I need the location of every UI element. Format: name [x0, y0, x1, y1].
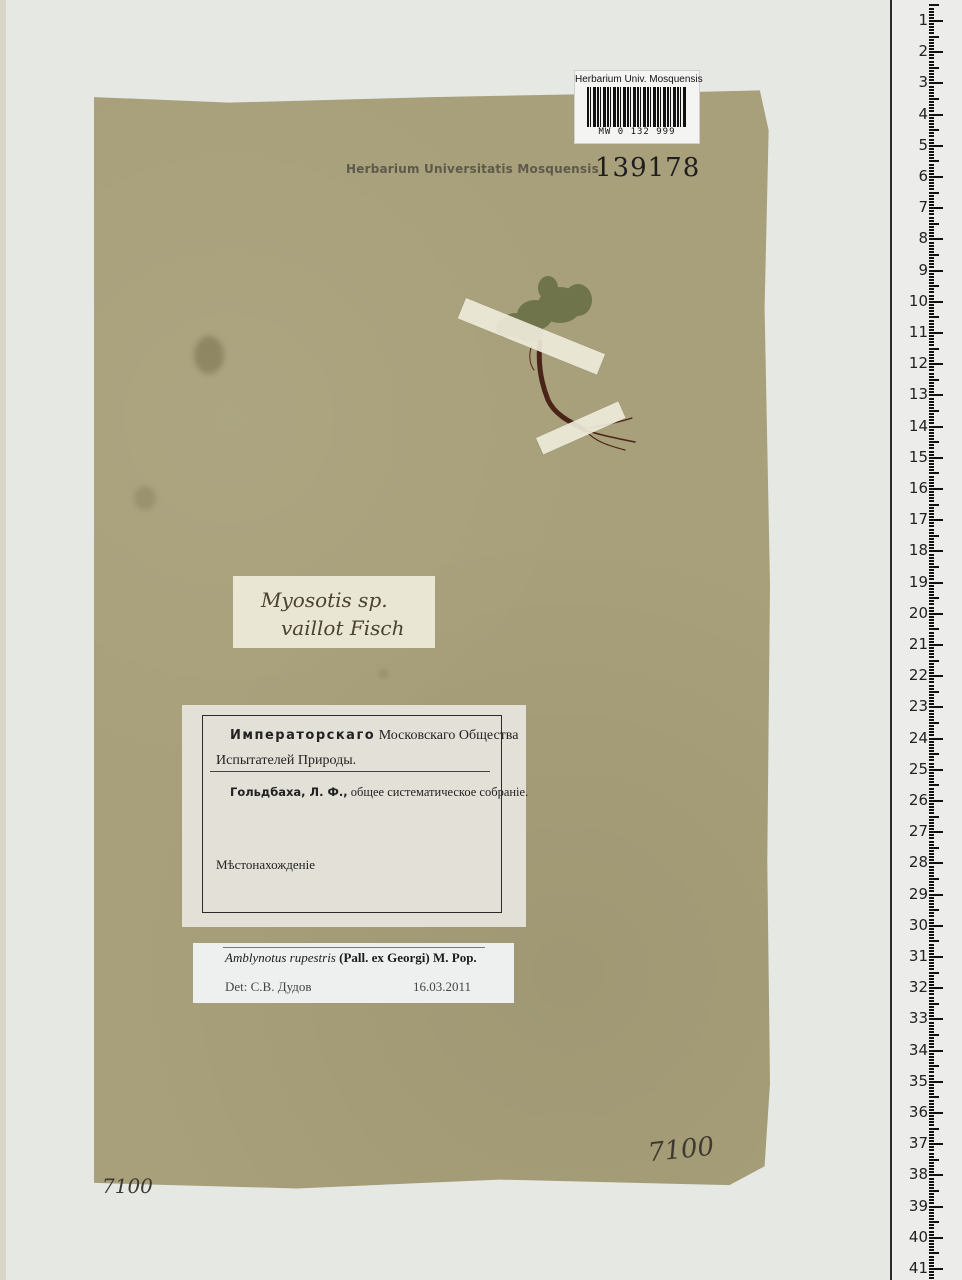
ruler-tick	[929, 26, 934, 28]
ruler-tick	[929, 819, 934, 821]
ruler-tick	[929, 376, 934, 378]
handwritten-line-2: vaillot Fisch	[281, 616, 404, 640]
barcode-title: Herbarium Univ. Mosquensis	[575, 74, 699, 85]
ruler-tick	[929, 884, 934, 886]
ruler-tick	[929, 975, 934, 977]
ruler-tick	[929, 388, 934, 390]
ruler-label: 35	[909, 1074, 928, 1089]
ruler-tick	[929, 126, 934, 128]
handwritten-line-1: Myosotis sp.	[261, 588, 388, 612]
ruler-tick	[929, 369, 934, 371]
ruler-tick	[929, 788, 934, 790]
ruler-tick	[929, 962, 934, 964]
ruler-tick	[929, 89, 934, 91]
ruler-tick	[929, 866, 934, 868]
ruler-tick	[929, 610, 934, 612]
label-border	[202, 715, 502, 913]
ruler-tick	[929, 341, 934, 343]
ruler-tick	[929, 460, 934, 462]
ruler-tick	[929, 1146, 934, 1148]
ruler-label: 26	[909, 793, 928, 808]
ruler-tick	[929, 1121, 934, 1123]
scan-left-edge	[0, 0, 6, 1280]
ruler-tick	[929, 563, 934, 565]
ruler-tick	[929, 797, 934, 799]
ruler-tick	[929, 1271, 934, 1273]
ruler-tick	[929, 607, 934, 609]
ruler-tick	[929, 1231, 934, 1233]
ruler-tick	[929, 987, 943, 989]
ruler-tick	[929, 560, 934, 562]
ruler-tick	[929, 1018, 943, 1020]
ruler-tick	[929, 338, 934, 340]
ruler-tick	[929, 853, 934, 855]
ruler-tick	[929, 784, 939, 786]
ruler-tick	[929, 67, 939, 69]
ruler-tick	[929, 1065, 939, 1067]
ruler-tick	[929, 766, 934, 768]
ruler-tick	[929, 298, 934, 300]
ruler-label: 27	[909, 824, 928, 839]
ruler-tick	[929, 722, 939, 724]
ruler-tick	[929, 878, 939, 880]
ruler-tick	[929, 909, 939, 911]
ruler-tick	[929, 541, 934, 543]
ruler-tick	[929, 535, 939, 537]
ruler-tick	[929, 622, 934, 624]
ruler-tick	[929, 1025, 934, 1027]
ruler-tick	[929, 928, 934, 930]
ruler-tick	[929, 1196, 934, 1198]
ruler-tick	[929, 850, 934, 852]
ruler-tick	[929, 968, 934, 970]
ruler-tick	[929, 834, 934, 836]
ruler-tick	[929, 915, 934, 917]
ruler-tick	[929, 922, 934, 924]
ruler-label: 18	[909, 543, 928, 558]
ruler-label: 37	[909, 1136, 928, 1151]
ruler-tick	[929, 139, 934, 141]
ruler-tick	[929, 872, 934, 874]
ruler-tick	[929, 1262, 934, 1264]
ruler-tick	[929, 494, 934, 496]
ruler-tick	[929, 51, 943, 53]
ruler-tick	[929, 653, 934, 655]
ruler-label: 25	[909, 762, 928, 777]
ruler-tick	[929, 844, 934, 846]
ruler-tick	[929, 831, 943, 833]
ruler-tick	[929, 887, 934, 889]
ruler-tick	[929, 363, 943, 365]
ruler-label: 38	[909, 1167, 928, 1182]
ruler-tick	[929, 744, 934, 746]
ruler-tick	[929, 862, 943, 864]
ruler-tick	[929, 167, 934, 169]
ruler-label: 16	[909, 481, 928, 496]
ruler-tick	[929, 263, 934, 265]
ruler-tick	[929, 394, 943, 396]
ruler-tick	[929, 628, 939, 630]
ruler-tick	[929, 660, 939, 662]
ruler-tick	[929, 444, 934, 446]
ruler-tick	[929, 1050, 943, 1052]
ruler-tick	[929, 48, 934, 50]
ruler-tick	[929, 800, 943, 802]
ruler-tick	[929, 597, 939, 599]
ruler-tick	[929, 479, 934, 481]
ruler-tick	[929, 697, 934, 699]
ruler-tick	[929, 1022, 934, 1024]
ruler-tick	[929, 666, 934, 668]
ruler-tick	[929, 934, 934, 936]
ruler-tick	[929, 164, 934, 166]
collection-name: Гольдбаха, Л. Ф., общее систематическое …	[230, 785, 528, 800]
ruler-tick	[929, 931, 934, 933]
ruler-tick	[929, 57, 934, 59]
ruler-tick	[929, 307, 934, 309]
ruler-tick	[929, 472, 939, 474]
ruler-tick	[929, 282, 934, 284]
ruler-tick	[929, 1062, 934, 1064]
ruler-tick	[929, 104, 934, 106]
ruler-tick	[929, 691, 939, 693]
ruler-tick	[929, 29, 934, 31]
ruler-tick	[929, 235, 934, 237]
ruler-tick	[929, 254, 939, 256]
ruler-tick	[929, 11, 934, 13]
stain	[134, 486, 156, 510]
ruler-tick	[929, 1190, 939, 1192]
ruler-tick	[929, 4, 939, 6]
ruler-tick	[929, 485, 934, 487]
ruler-label: 4	[918, 107, 928, 122]
ruler-tick	[929, 759, 934, 761]
ruler-label: 14	[909, 419, 928, 434]
ruler-tick	[929, 1056, 934, 1058]
ruler-tick	[929, 816, 939, 818]
ruler-label: 9	[918, 263, 928, 278]
ruler-label: 22	[909, 668, 928, 683]
ruler-tick	[929, 301, 943, 303]
ruler-tick	[929, 625, 934, 627]
pencil-note-left: 7100	[102, 1174, 153, 1198]
ruler-tick	[929, 500, 934, 502]
ruler-tick	[929, 550, 943, 552]
collector-name: Гольдбаха, Л. Ф.,	[230, 785, 348, 799]
ruler-tick	[929, 1246, 934, 1248]
barcode-icon	[587, 87, 687, 127]
ruler-tick	[929, 382, 934, 384]
society-name: Императорскаго Московскаго Общества	[230, 728, 518, 744]
ruler-tick	[929, 940, 939, 942]
ruler-tick	[929, 510, 934, 512]
ruler-tick	[929, 1109, 934, 1111]
ruler-tick	[929, 775, 934, 777]
ruler-tick	[929, 220, 934, 222]
label-divider	[210, 771, 490, 772]
ruler-tick	[929, 956, 943, 958]
ruler-tick	[929, 17, 934, 19]
ruler-tick	[929, 731, 934, 733]
ruler-tick	[929, 806, 934, 808]
ruler-label: 31	[909, 949, 928, 964]
ruler-tick	[929, 897, 934, 899]
ruler-tick	[929, 1243, 934, 1245]
ruler-tick	[929, 335, 934, 337]
ruler-tick	[929, 1227, 934, 1229]
ruler-tick	[929, 706, 943, 708]
ruler-tick	[929, 1106, 934, 1108]
ruler-tick	[929, 600, 934, 602]
ruler-tick	[929, 903, 934, 905]
ruler-tick	[929, 210, 934, 212]
ruler-tick	[929, 791, 934, 793]
ruler-label: 24	[909, 731, 928, 746]
ruler-tick	[929, 585, 934, 587]
ruler-tick	[929, 251, 934, 253]
barcode-number: MW 0 132 999	[575, 127, 699, 137]
ruler-tick	[929, 351, 934, 353]
ruler-tick	[929, 803, 934, 805]
ruler-tick	[929, 575, 934, 577]
ruler-tick	[929, 688, 934, 690]
ruler-tick	[929, 944, 934, 946]
ruler-tick	[929, 544, 934, 546]
ruler-label: 40	[909, 1230, 928, 1245]
ruler-tick	[929, 491, 934, 493]
ruler-tick	[929, 110, 934, 112]
ruler-tick	[929, 1206, 943, 1208]
ruler-label: 12	[909, 356, 928, 371]
ruler-tick	[929, 176, 943, 178]
ruler-tick	[929, 82, 943, 84]
ruler-tick	[929, 73, 934, 75]
ruler-tick	[929, 270, 943, 272]
ruler-tick	[929, 466, 934, 468]
ruler-tick	[929, 1071, 934, 1073]
ruler-tick	[929, 1168, 934, 1170]
ruler-tick	[929, 1031, 934, 1033]
ruler-tick	[929, 619, 934, 621]
ruler-tick	[929, 454, 934, 456]
ruler-tick	[929, 1187, 934, 1189]
ruler-tick	[929, 154, 934, 156]
ruler-tick	[929, 42, 934, 44]
ruler-tick	[929, 703, 934, 705]
ruler-tick	[929, 522, 934, 524]
ruler-tick	[929, 1046, 934, 1048]
ruler-tick	[929, 304, 934, 306]
ruler-tick	[929, 366, 934, 368]
ruler-tick	[929, 497, 934, 499]
ruler-tick	[929, 937, 934, 939]
ruler-tick	[929, 925, 943, 927]
ruler-tick	[929, 482, 934, 484]
ruler-tick	[929, 950, 934, 952]
ruler-tick	[929, 182, 934, 184]
ruler-tick	[929, 145, 943, 147]
ruler-tick	[929, 86, 934, 88]
ruler-tick	[929, 79, 934, 81]
ruler-tick	[929, 404, 934, 406]
ruler-tick	[929, 92, 934, 94]
ruler-tick	[929, 778, 934, 780]
ruler-tick	[929, 248, 934, 250]
ruler-tick	[929, 1224, 934, 1226]
barcode-label: Herbarium Univ. Mosquensis MW 0 132 999	[574, 70, 700, 144]
species-binomial: Amblynotus rupestris	[225, 950, 336, 965]
ruler-tick	[929, 710, 934, 712]
ruler-tick	[929, 1143, 943, 1145]
ruler-tick	[929, 906, 934, 908]
ruler-tick	[929, 890, 934, 892]
ruler-tick	[929, 348, 939, 350]
ruler-tick	[929, 323, 934, 325]
ruler-tick	[929, 438, 934, 440]
society-name-bold: Императорскаго	[230, 728, 375, 743]
determination-label: Amblynotus rupestris (Pall. ex Georgi) M…	[193, 943, 514, 1003]
ruler-tick	[929, 582, 943, 584]
ruler-tick	[929, 173, 934, 175]
ruler-label: 23	[909, 699, 928, 714]
ruler-label: 17	[909, 512, 928, 527]
ruler-tick	[929, 70, 934, 72]
ruler-tick	[929, 238, 943, 240]
ruler-tick	[929, 160, 939, 162]
ruler-tick	[929, 716, 934, 718]
ruler-tick	[929, 1181, 934, 1183]
ruler-tick	[929, 1087, 934, 1089]
ruler-tick	[929, 64, 934, 66]
ruler-tick	[929, 519, 943, 521]
printed-collection-label: Императорскаго Московскаго Общества Испы…	[182, 705, 526, 927]
ruler-tick	[929, 547, 934, 549]
ruler-tick	[929, 179, 934, 181]
ruler-tick	[929, 713, 934, 715]
ruler-tick	[929, 728, 934, 730]
ruler-label: 39	[909, 1199, 928, 1214]
ruler-tick	[929, 117, 934, 119]
ruler-tick	[929, 881, 934, 883]
ruler-tick	[929, 1153, 934, 1155]
ruler-tick	[929, 45, 934, 47]
ruler-tick	[929, 170, 934, 172]
ruler-tick	[929, 1162, 934, 1164]
ruler-tick	[929, 781, 934, 783]
ruler-tick	[929, 1003, 939, 1005]
ruler-tick	[929, 379, 939, 381]
ruler-tick	[929, 1068, 934, 1070]
ruler-tick	[929, 114, 943, 116]
ruler-tick	[929, 1009, 934, 1011]
ruler-tick	[929, 1249, 934, 1251]
ruler-tick	[929, 1209, 934, 1211]
ruler-tick	[929, 644, 943, 646]
ruler-tick	[929, 569, 934, 571]
ruler-tick	[929, 525, 934, 527]
ruler-tick	[929, 98, 939, 100]
ruler-tick	[929, 120, 934, 122]
ruler-tick	[929, 981, 934, 983]
ruler-tick	[929, 1268, 943, 1270]
ruler-tick	[929, 557, 934, 559]
ruler-label: 2	[918, 44, 928, 59]
ruler-tick	[929, 663, 934, 665]
ruler-tick	[929, 385, 934, 387]
ruler-tick	[929, 847, 939, 849]
ruler-tick	[929, 1015, 934, 1017]
ruler-label: 1	[918, 13, 928, 28]
ruler-tick	[929, 313, 934, 315]
ruler-tick	[929, 572, 934, 574]
ruler-tick	[929, 1212, 934, 1214]
ruler-tick	[929, 326, 934, 328]
ruler-tick	[929, 201, 934, 203]
ruler-tick	[929, 554, 934, 556]
ruler-tick	[929, 1131, 934, 1133]
ruler-tick	[929, 232, 934, 234]
ruler-tick	[929, 54, 934, 56]
ruler-tick	[929, 432, 934, 434]
locality-field: Мѣстонахожденіе	[216, 857, 315, 873]
ruler-tick	[929, 875, 934, 877]
ruler-tick	[929, 978, 934, 980]
ruler-tick	[929, 1034, 939, 1036]
ruler-tick	[929, 320, 934, 322]
ruler-tick	[929, 207, 943, 209]
herbarium-stamp: Herbarium Universitatis Mosquensis	[346, 162, 599, 176]
ruler-tick	[929, 1215, 934, 1217]
ruler-tick	[929, 217, 934, 219]
ruler-tick	[929, 1277, 934, 1279]
ruler-tick	[929, 451, 934, 453]
ruler-tick	[929, 869, 934, 871]
ruler-tick	[929, 1193, 934, 1195]
ruler-tick	[929, 1093, 934, 1095]
ruler-tick	[929, 1103, 934, 1105]
ruler-tick	[929, 95, 934, 97]
ruler-tick	[929, 900, 934, 902]
ruler-tick	[929, 1006, 934, 1008]
ruler-tick	[929, 794, 934, 796]
ruler-tick	[929, 1184, 934, 1186]
ruler-label: 3	[918, 75, 928, 90]
ruler-tick	[929, 1274, 934, 1276]
ruler-tick	[929, 1234, 934, 1236]
ruler-tick	[929, 426, 943, 428]
ruler-tick	[929, 332, 943, 334]
ruler-tick	[929, 1265, 934, 1267]
ruler-tick	[929, 435, 934, 437]
ruler-tick	[929, 266, 934, 268]
ruler-tick	[929, 647, 934, 649]
ruler-tick	[929, 859, 934, 861]
ruler-tick	[929, 407, 934, 409]
ruler-tick	[929, 1221, 939, 1223]
ruler-tick	[929, 1040, 934, 1042]
ruler-tick	[929, 1128, 939, 1130]
stain	[194, 336, 224, 374]
ruler-tick	[929, 594, 934, 596]
society-name-line-2: Испытателей Природы.	[216, 753, 356, 769]
ruler-tick	[929, 516, 934, 518]
ruler-tick	[929, 812, 934, 814]
ruler-tick	[929, 329, 934, 331]
ruler-tick	[929, 213, 934, 215]
ruler-tick	[929, 188, 934, 190]
ruler-tick	[929, 591, 934, 593]
ruler-label: 6	[918, 169, 928, 184]
